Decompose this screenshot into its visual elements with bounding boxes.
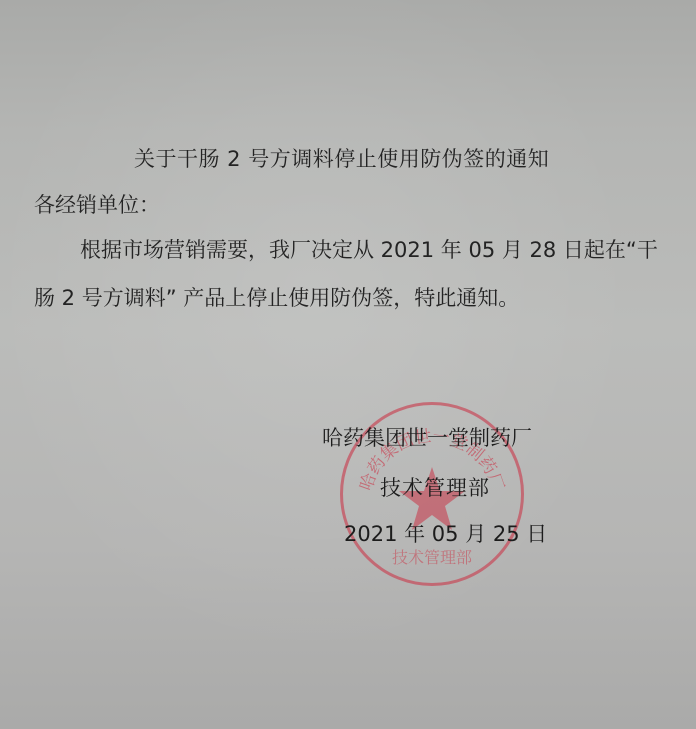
seal-inner-text: 技术管理部 [392, 548, 472, 567]
body-paragraph-line-2: 肠 2 号方调料” 产品上停止使用防伪签，特此通知。 [34, 282, 519, 312]
signature-organization: 哈药集团世一堂制药厂 [322, 422, 532, 452]
signature-department: 技术管理部 [380, 472, 490, 502]
body-paragraph-line-1: 根据市场营销需要，我厂决定从 2021 年 05 月 28 日起在“干 [80, 234, 658, 264]
document-title: 关于干肠 2 号方调料停止使用防伪签的通知 [134, 143, 549, 173]
salutation: 各经销单位： [34, 189, 160, 219]
paper-background [0, 0, 696, 729]
signature-date: 2021 年 05 月 25 日 [344, 518, 547, 548]
